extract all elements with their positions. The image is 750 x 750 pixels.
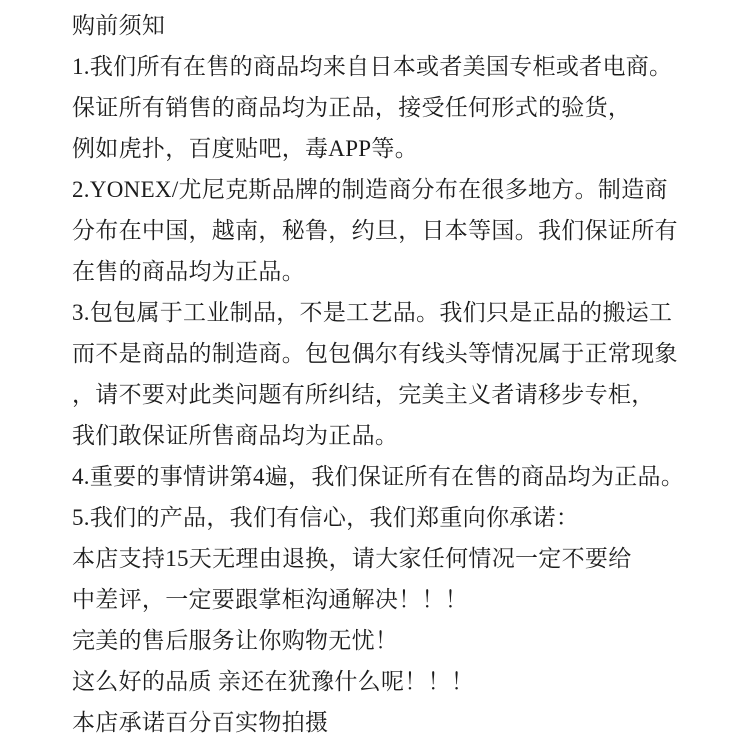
text-line-item3-part1: 3.包包属于工业制品，不是工艺品。我们只是正品的搬运工: [72, 292, 712, 333]
text-line-item1-part3: 例如虎扑，百度贴吧，毒APP等。: [72, 128, 712, 169]
text-line-item5: 5.我们的产品，我们有信心，我们郑重向你承诺：: [72, 497, 712, 538]
text-line-item1-part1: 1.我们所有在售的商品均来自日本或者美国专柜或者电商。: [72, 46, 712, 87]
text-line-item3-part2: 而不是商品的制造商。包包偶尔有线头等情况属于正常现象: [72, 333, 712, 374]
text-line-item2-part3: 在售的商品均为正品。: [72, 251, 712, 292]
notice-text-block: 购前须知 1.我们所有在售的商品均来自日本或者美国专柜或者电商。 保证所有销售的…: [72, 5, 712, 743]
text-line-item2-part1: 2.YONEX/尤尼克斯品牌的制造商分布在很多地方。制造商: [72, 169, 712, 210]
text-line-item1-part2: 保证所有销售的商品均为正品，接受任何形式的验货，: [72, 87, 712, 128]
text-line-item2-part2: 分布在中国，越南，秘鲁，约旦，日本等国。我们保证所有: [72, 210, 712, 251]
text-line-photo-promise: 本店承诺百分百实物拍摄: [72, 702, 712, 743]
notice-document: 购前须知 1.我们所有在售的商品均来自日本或者美国专柜或者电商。 保证所有销售的…: [0, 0, 750, 750]
text-line-item4: 4.重要的事情讲第4遍，我们保证所有在售的商品均为正品。: [72, 456, 712, 497]
text-line-quality: 这么好的品质 亲还在犹豫什么呢！！！: [72, 661, 712, 702]
text-line-item3-part3: ，请不要对此类问题有所纠结，完美主义者请移步专柜，: [72, 374, 712, 415]
page-title: 购前须知: [72, 5, 712, 46]
text-line-return-policy2: 中差评，一定要跟掌柜沟通解决！！！: [72, 579, 712, 620]
text-line-aftersale: 完美的售后服务让你购物无忧！: [72, 620, 712, 661]
text-line-item3-part4: 我们敢保证所售商品均为正品。: [72, 415, 712, 456]
text-line-return-policy1: 本店支持15天无理由退换，请大家任何情况一定不要给: [72, 538, 712, 579]
